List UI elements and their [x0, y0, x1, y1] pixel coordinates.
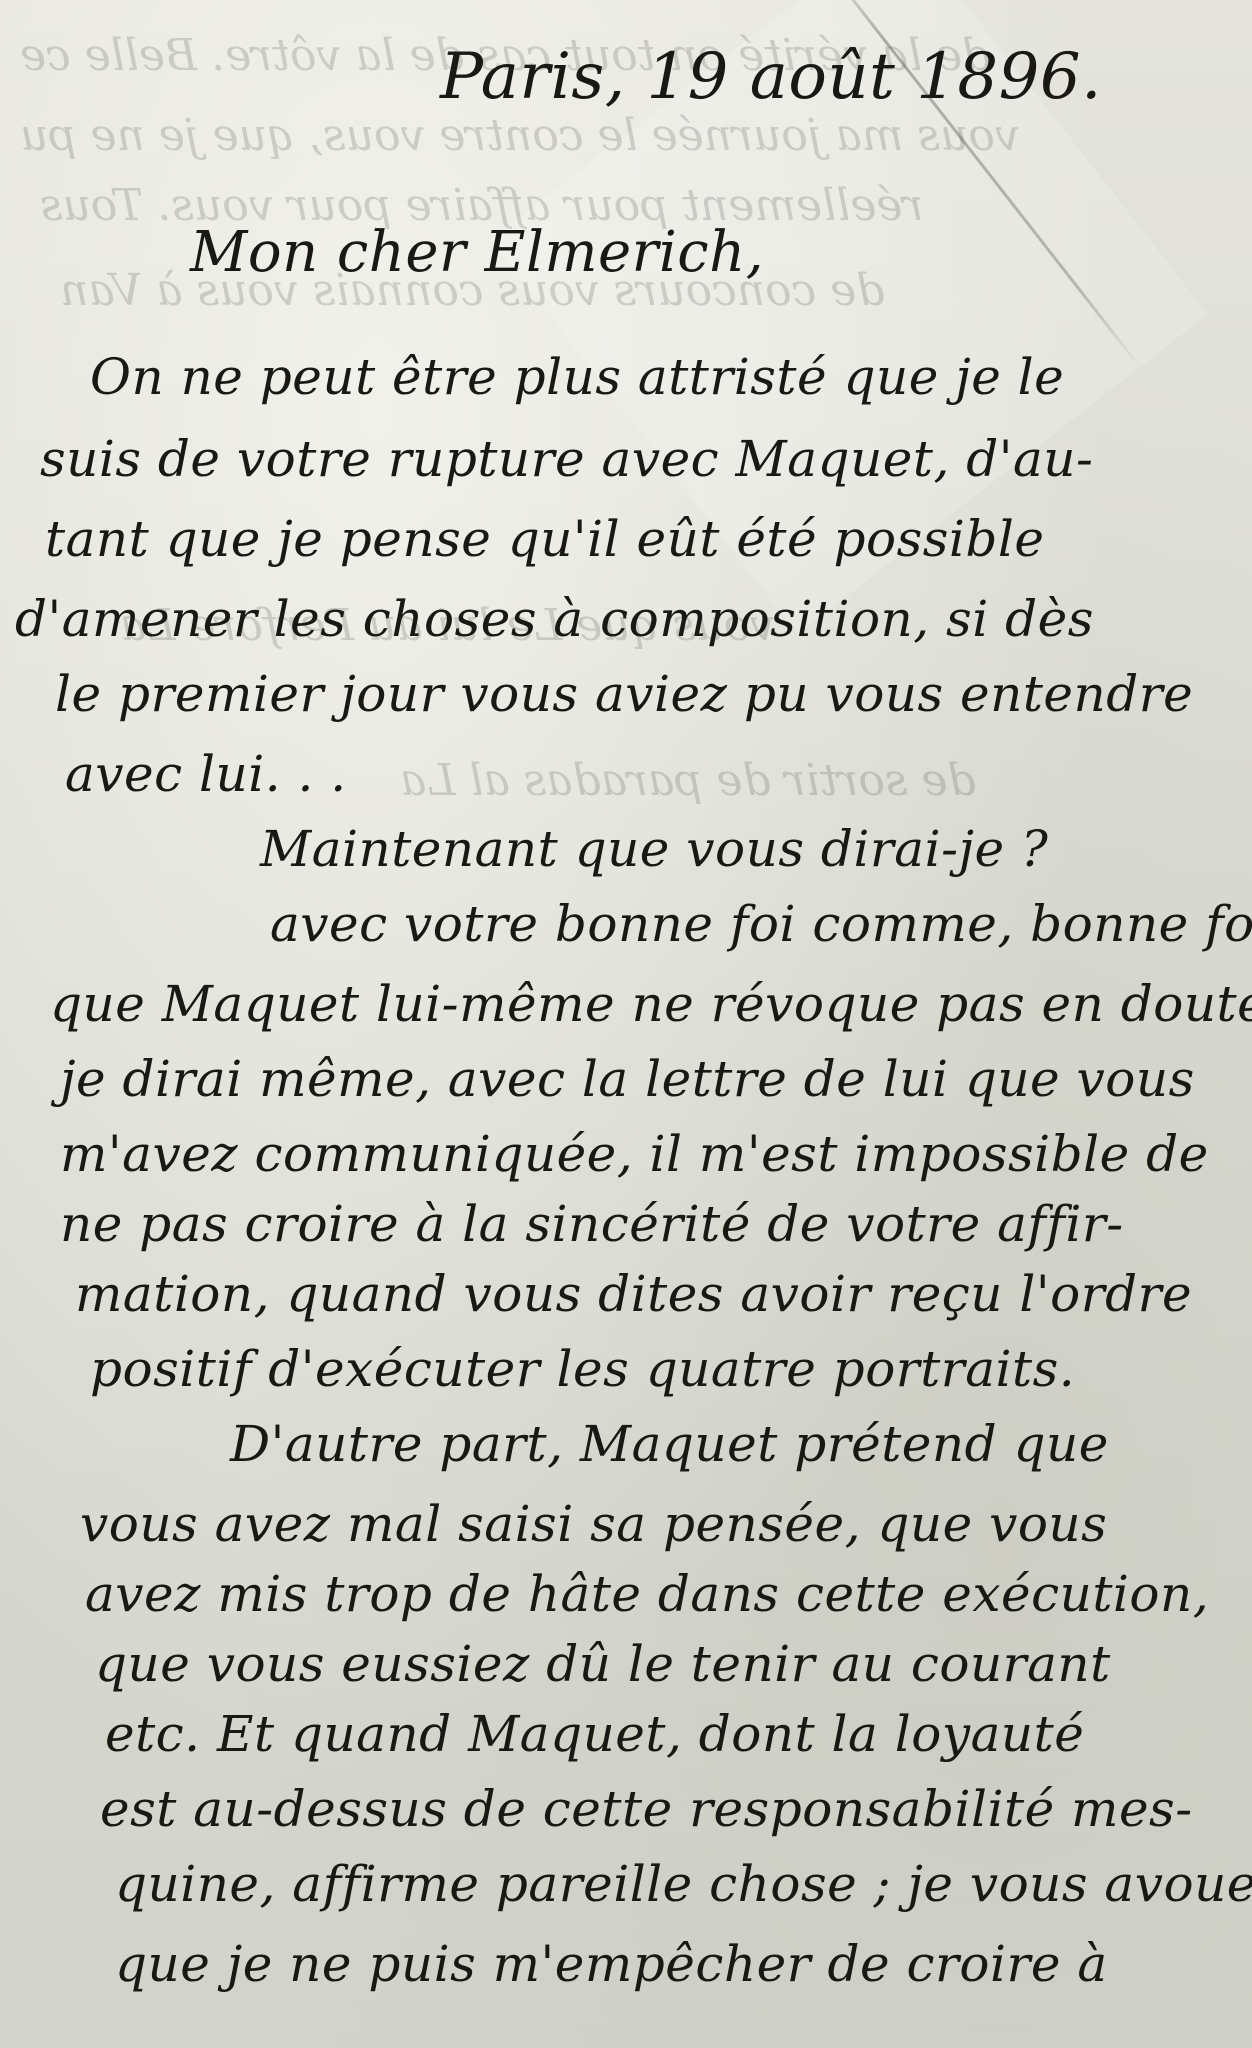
letter-line: etc. Et quand Maquet, dont la loyauté [105, 1705, 1084, 1763]
letter-line: d'amener les choses à composition, si dè… [15, 590, 1094, 648]
letter-line: mation, quand vous dites avoir reçu l'or… [75, 1265, 1192, 1323]
letter-line: est au-dessus de cette responsabilité me… [100, 1780, 1193, 1838]
date-line: Paris, 19 août 1896. [440, 40, 1102, 114]
letter-line: D'autre part, Maquet prétend que [230, 1415, 1109, 1473]
letter-line: ne pas croire à la sincérité de votre af… [60, 1195, 1124, 1253]
letter-line: tant que je pense qu'il eût été possible [45, 510, 1045, 568]
bleed-through-line: de sortir de paradas al La [400, 755, 976, 806]
letter-line: que je ne puis m'empêcher de croire à [115, 1935, 1108, 1993]
letter-line: je dirai même, avec la lettre de lui que… [60, 1050, 1195, 1108]
letter-line: vous avez mal saisi sa pensée, que vous [80, 1495, 1107, 1553]
letter-line: que vous eussiez dû le tenir au courant [95, 1635, 1111, 1693]
letter-line: avez mis trop de hâte dans cette exécuti… [85, 1565, 1209, 1623]
letter-line: Maintenant que vous dirai-je ? [260, 820, 1048, 878]
letter-page: de la vérité on tout cas de la vôtre. Be… [0, 0, 1252, 2048]
letter-line: On ne peut être plus attristé que je le [90, 348, 1064, 406]
salutation: Mon cher Elmerich, [190, 220, 764, 285]
letter-line: avec votre bonne foi comme, bonne foi [270, 895, 1252, 953]
letter-line: quine, affirme pareille chose ; je vous … [115, 1855, 1252, 1913]
letter-line: suis de votre rupture avec Maquet, d'au- [40, 430, 1093, 488]
letter-line: m'avez communiquée, il m'est impossible … [60, 1125, 1209, 1183]
letter-line: positif d'exécuter les quatre portraits. [90, 1340, 1075, 1398]
letter-line: le premier jour vous aviez pu vous enten… [55, 665, 1193, 723]
letter-line: avec lui. . . [65, 745, 347, 803]
letter-line: que Maquet lui-même ne révoque pas en do… [50, 975, 1252, 1033]
